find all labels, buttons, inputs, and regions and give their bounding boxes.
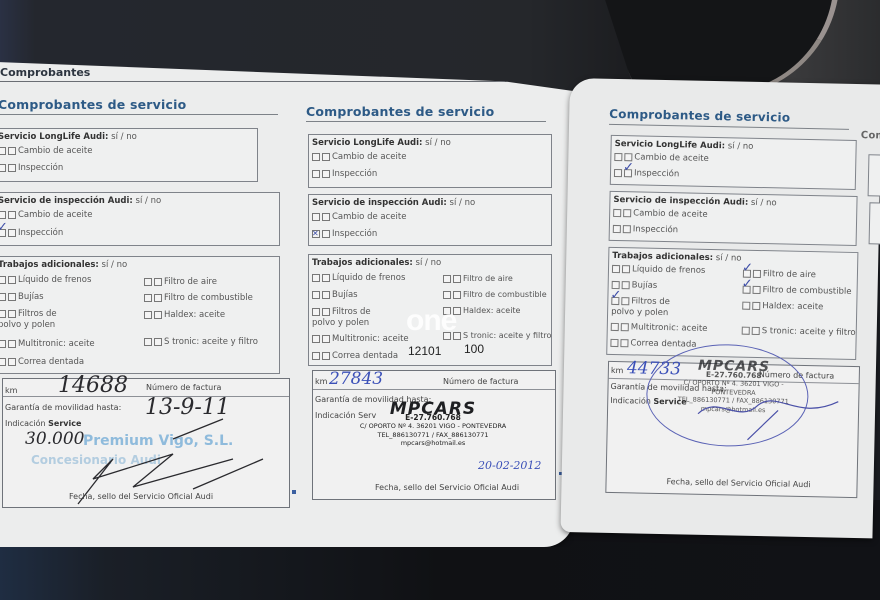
checkbox-icon[interactable] (8, 340, 16, 348)
checkbox-icon[interactable] (752, 326, 760, 334)
checkbox-icon[interactable] (614, 152, 622, 160)
longlife-box-1: Servicio LongLife Audi: sí / no Cambio d… (0, 128, 258, 182)
next-page-box-peek (869, 202, 880, 244)
option-pollen-filter[interactable]: Filtros de polvo y polen (0, 309, 78, 331)
checkbox-icon[interactable] (322, 274, 330, 282)
checkbox-icon[interactable] (322, 308, 330, 316)
km-label: km (315, 377, 327, 386)
checkbox-icon[interactable] (144, 311, 152, 319)
km-value: 27843 (329, 369, 383, 389)
record-footer: Fecha, sello del Servicio Oficial Audi (666, 477, 810, 489)
inspection-title: Servicio de inspección Audi: sí / no (312, 198, 475, 208)
checkbox-icon[interactable] (753, 269, 761, 277)
stamp-code: E-27.760.768 (353, 414, 513, 423)
option-fuel-filter[interactable]: Filtro de combustible (742, 285, 851, 298)
checkbox-checked-icon[interactable] (611, 296, 619, 304)
column-2-title: Comprobantes de servicio (306, 104, 494, 119)
checkbox-icon[interactable] (322, 213, 330, 221)
checkbox-icon[interactable] (443, 291, 451, 299)
additional-title: Trabajos adicionales: sí / no (612, 251, 741, 264)
checkbox-icon[interactable] (621, 323, 629, 331)
checkbox-icon[interactable] (154, 294, 162, 302)
checkbox-icon[interactable] (623, 209, 631, 217)
checkbox-icon[interactable] (622, 265, 630, 273)
checkbox-icon[interactable] (312, 308, 320, 316)
option-multitronic[interactable]: Multitronic: aceite (312, 334, 409, 345)
stamp-phone: TEL_886130771 / FAX_886130771 (353, 431, 513, 440)
checkbox-icon[interactable] (144, 294, 152, 302)
checkbox-icon[interactable] (144, 338, 152, 346)
service-record-2: km 27843 Número de factura Garantía de m… (312, 370, 556, 500)
stamp-email: mpcars@hotmail.es (353, 439, 513, 448)
checkbox-checked-icon[interactable] (0, 229, 6, 237)
service-record-1: km 14688 Número de factura Garantía de m… (2, 378, 290, 508)
service-booklet-left-page: Comprobantes Comprobantes de servicio Se… (0, 62, 574, 547)
option-haldex[interactable]: Haldex: aceite (144, 310, 225, 321)
invoice-label: Número de factura (146, 383, 221, 392)
inspection-title: Servicio de inspección Audi: sí / no (0, 196, 161, 206)
section-rule (0, 81, 556, 82)
checkbox-icon[interactable] (622, 281, 630, 289)
option-air-filter[interactable]: Filtro de aire (443, 273, 513, 284)
checkbox-icon[interactable] (0, 147, 6, 155)
checkbox-icon[interactable] (322, 153, 330, 161)
checkbox-icon[interactable] (614, 168, 622, 176)
option-fuel-filter[interactable]: Filtro de combustible (144, 293, 253, 304)
service-record-3: km 44733 Número de factura Garantía de m… (605, 361, 860, 498)
option-brake-fluid[interactable]: Líquido de frenos (312, 273, 405, 284)
option-inspection[interactable]: Inspección (613, 224, 678, 236)
signature-scribble (687, 384, 848, 447)
option-timing-belt[interactable]: Correa dentada (0, 357, 84, 368)
overlay-number-2: 100 (464, 342, 484, 356)
page-marker (292, 490, 296, 494)
indication-label: Indicación Service (5, 419, 81, 428)
checkbox-icon[interactable] (613, 208, 621, 216)
checkbox-icon[interactable] (742, 326, 750, 334)
checkbox-icon[interactable] (0, 211, 6, 219)
longlife-title: Servicio LongLife Audi: sí / no (615, 139, 754, 152)
checkbox-icon[interactable] (312, 291, 320, 299)
checkbox-icon[interactable] (144, 278, 152, 286)
option-multitronic[interactable]: Multitronic: aceite (0, 339, 95, 350)
longlife-box-2: Servicio LongLife Audi: sí / no Cambio d… (308, 134, 552, 188)
option-spark-plugs[interactable]: Bujías (0, 292, 44, 303)
checkbox-icon[interactable] (312, 274, 320, 282)
checkbox-icon[interactable] (753, 285, 761, 293)
inspection-box-2: Servicio de inspección Audi: sí / no Cam… (308, 194, 552, 246)
checkbox-icon[interactable] (0, 164, 6, 172)
option-oil-change[interactable]: Cambio de aceite (0, 146, 92, 157)
option-timing-belt[interactable]: Correa dentada (312, 351, 398, 362)
checkbox-icon[interactable] (742, 301, 750, 309)
checkbox-icon[interactable] (154, 278, 162, 286)
km-value: 14688 (58, 373, 128, 398)
option-air-filter[interactable]: Filtro de aire (743, 269, 816, 282)
checkbox-icon[interactable] (453, 291, 461, 299)
option-inspection[interactable]: Inspección (312, 229, 377, 240)
option-fuel-filter[interactable]: Filtro de combustible (443, 289, 547, 300)
checkbox-icon[interactable] (8, 293, 16, 301)
longlife-box-3: Servicio LongLife Audi: sí / no Cambio d… (610, 135, 857, 190)
option-s-tronic[interactable]: S tronic: aceite y filtro (742, 326, 856, 339)
record-footer: Fecha, sello del Servicio Oficial Audi (375, 483, 519, 492)
checkbox-icon[interactable] (453, 275, 461, 283)
stamp-address: C/ OPORTO Nº 4. 36201 VIGO - PONTEVEDRA (353, 422, 513, 431)
option-oil-change[interactable]: Cambio de aceite (312, 212, 406, 223)
watermark-logo: one (406, 304, 456, 338)
checkbox-icon[interactable] (322, 335, 330, 343)
option-s-tronic[interactable]: S tronic: aceite y filtro (443, 330, 551, 341)
additional-title: Trabajos adicionales: sí / no (312, 258, 441, 268)
checkbox-icon[interactable] (611, 322, 619, 330)
longlife-title: Servicio LongLife Audi: sí / no (0, 132, 137, 142)
additional-title: Trabajos adicionales: sí / no (0, 260, 127, 270)
option-oil-change[interactable]: Cambio de aceite (613, 208, 708, 221)
option-timing-belt[interactable]: Correa dentada (610, 338, 696, 351)
checkbox-icon[interactable] (8, 164, 16, 172)
checkbox-icon[interactable] (0, 358, 6, 366)
option-brake-fluid[interactable]: Líquido de frenos (0, 275, 91, 286)
checkbox-icon[interactable] (610, 338, 618, 346)
right-page-rule (609, 124, 849, 130)
inspection-title: Servicio de inspección Audi: sí / no (613, 195, 776, 208)
option-spark-plugs[interactable]: Bujías (312, 290, 358, 301)
section-header: Comprobantes (0, 66, 90, 79)
inspection-box-1: Servicio de inspección Audi: sí / no Cam… (0, 192, 280, 246)
option-haldex[interactable]: Haldex: aceite (742, 301, 823, 314)
checkbox-icon[interactable] (443, 275, 451, 283)
checkbox-icon[interactable] (8, 358, 16, 366)
km-label: km (5, 386, 17, 395)
service-date: 20-02-2012 (478, 459, 541, 472)
checkbox-icon[interactable] (8, 147, 16, 155)
option-inspection[interactable]: Inspección (614, 168, 679, 180)
checkbox-icon[interactable] (8, 276, 16, 284)
option-s-tronic[interactable]: S tronic: aceite y filtro (144, 337, 258, 348)
checkbox-checked-icon[interactable] (312, 230, 320, 238)
longlife-title: Servicio LongLife Audi: sí / no (312, 138, 451, 148)
option-inspection[interactable]: Inspección (312, 169, 377, 180)
additional-works-box-1: Trabajos adicionales: sí / no Líquido de… (0, 256, 280, 374)
checkbox-icon[interactable] (312, 213, 320, 221)
option-inspection[interactable]: Inspección (0, 163, 63, 174)
invoice-label: Número de factura (443, 377, 518, 386)
checkbox-icon[interactable] (322, 352, 330, 360)
service-booklet-right-page: Comprobantes de servicio Com Servicio Lo… (560, 78, 880, 538)
checkbox-icon[interactable] (620, 339, 628, 347)
checkbox-icon[interactable] (752, 301, 760, 309)
checkbox-icon[interactable] (312, 335, 320, 343)
checkbox-icon[interactable] (0, 310, 6, 318)
option-oil-change[interactable]: Cambio de aceite (0, 210, 92, 221)
option-multitronic[interactable]: Multitronic: aceite (611, 322, 708, 335)
option-oil-change[interactable]: Cambio de aceite (312, 152, 406, 163)
checkbox-icon[interactable] (0, 276, 6, 284)
checkbox-checked-icon[interactable] (743, 285, 751, 293)
option-brake-fluid[interactable]: Líquido de frenos (612, 264, 706, 277)
checkbox-icon[interactable] (621, 297, 629, 305)
km-label: km (611, 366, 624, 375)
next-page-peek-title: Com (861, 130, 880, 142)
record-footer: Fecha, sello del Servicio Oficial Audi (69, 492, 213, 501)
dealer-stamp-mpcars: MPCARS E-27.760.768 C/ OPORTO Nº 4. 3620… (353, 405, 513, 448)
option-inspection[interactable]: Inspección (0, 228, 63, 239)
checkbox-icon[interactable] (312, 352, 320, 360)
checkbox-icon[interactable] (0, 340, 6, 348)
checkbox-icon[interactable] (312, 170, 320, 178)
checkbox-icon[interactable] (322, 291, 330, 299)
checkbox-icon[interactable] (8, 310, 16, 318)
checkbox-icon[interactable] (623, 225, 631, 233)
overlay-number-1: 12101 (408, 344, 441, 358)
checkbox-icon[interactable] (8, 211, 16, 219)
option-pollen-filter[interactable]: Filtros de polvo y polen (611, 296, 681, 319)
additional-works-box-3: Trabajos adicionales: sí / no Líquido de… (606, 247, 858, 360)
column-2-rule (306, 121, 546, 122)
checkbox-icon[interactable] (154, 338, 162, 346)
column-1-rule (0, 114, 278, 115)
option-pollen-filter[interactable]: Filtros de polvo y polen (312, 307, 382, 329)
checkbox-icon[interactable] (154, 311, 162, 319)
right-page-title: Comprobantes de servicio (609, 107, 790, 125)
inspection-box-3: Servicio de inspección Audi: sí / no Cam… (609, 191, 858, 246)
checkbox-icon[interactable] (322, 230, 330, 238)
checkbox-icon[interactable] (0, 293, 6, 301)
checkbox-icon[interactable] (613, 224, 621, 232)
column-1-title: Comprobantes de servicio (0, 97, 186, 112)
checkbox-icon[interactable] (8, 229, 16, 237)
record-divider (313, 389, 555, 390)
checkbox-icon[interactable] (612, 264, 620, 272)
checkbox-icon[interactable] (322, 170, 330, 178)
checkbox-checked-icon[interactable] (624, 169, 632, 177)
next-page-box-peek (868, 154, 880, 196)
option-air-filter[interactable]: Filtro de aire (144, 277, 217, 288)
checkbox-icon[interactable] (312, 153, 320, 161)
